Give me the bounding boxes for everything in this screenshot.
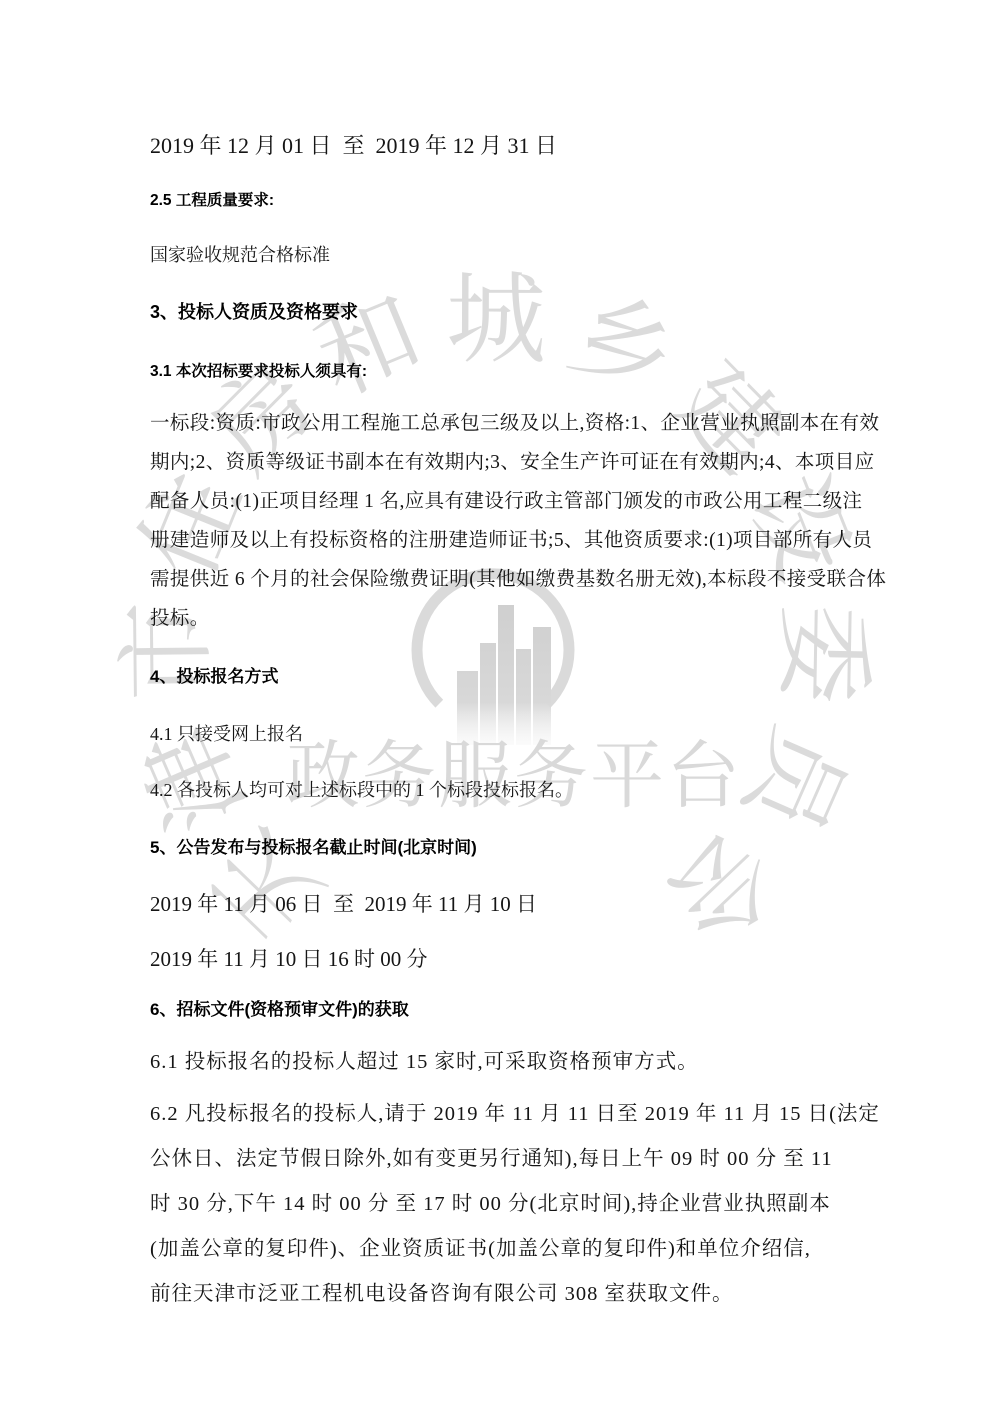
- qualification-line-1: 一标段:资质:市政公用工程施工总承包三级及以上,资格:1、企业营业执照副本在有效: [150, 412, 879, 436]
- section-6-2-line-5: 前往天津市泛亚工程机电设备咨询有限公司 308 室获取文件。: [150, 1282, 734, 1308]
- section-3-heading: 3、投标人资质及资格要求: [150, 301, 358, 324]
- date-range-december: 2019 年 12 月 01 日 至 2019 年 12 月 31 日: [150, 132, 557, 160]
- section-2-5-heading: 2.5 工程质量要求:: [150, 191, 274, 210]
- qualification-line-6: 投标。: [150, 607, 210, 631]
- section-4-2-text: 4.2 各投标人均可对上述标段中的 1 个标段投标报名。: [150, 779, 573, 802]
- document-content: 2019 年 12 月 01 日 至 2019 年 12 月 31 日 2.5 …: [0, 0, 1000, 1413]
- qualification-line-2: 期内;2、资质等级证书副本在有效期内;3、安全生产许可证在有效期内;4、本项目应: [150, 451, 875, 475]
- section-6-2-line-1: 6.2 凡投标报名的投标人,请于 2019 年 11 月 11 日至 2019 …: [150, 1102, 880, 1128]
- section-6-1-text: 6.1 投标报名的投标人超过 15 家时,可采取资格预审方式。: [150, 1050, 699, 1076]
- section-5-heading: 5、公告发布与投标报名截止时间(北京时间): [150, 837, 477, 858]
- qualification-line-5: 需提供近 6 个月的社会保险缴费证明(其他如缴费基数名册无效),本标段不接受联合…: [150, 568, 886, 592]
- qualification-line-4: 册建造师及以上有投标资格的注册建造师证书;5、其他资质要求:(1)项目部所有人员: [150, 529, 872, 553]
- quality-standard-text: 国家验收规范合格标准: [150, 244, 330, 267]
- section-6-2-line-4: (加盖公章的复印件)、企业资质证书(加盖公章的复印件)和单位介绍信,: [150, 1237, 811, 1263]
- deadline-datetime: 2019 年 11 月 10 日 16 时 00 分: [150, 946, 427, 972]
- section-4-1-text: 4.1 只接受网上报名: [150, 723, 303, 746]
- qualification-line-3: 配备人员:(1)正项目经理 1 名,应具有建设行政主管部门颁发的市政公用工程二级…: [150, 490, 862, 514]
- section-6-2-line-3: 时 30 分,下午 14 时 00 分 至 17 时 00 分(北京时间),持企…: [150, 1192, 831, 1218]
- section-6-heading: 6、招标文件(资格预审文件)的获取: [150, 999, 409, 1020]
- date-range-november: 2019 年 11 月 06 日 至 2019 年 11 月 10 日: [150, 891, 537, 917]
- document-page: 天津市住房和城乡建设委员会 政务服务平台 2019 年 12 月 01 日 至 …: [0, 0, 1000, 1413]
- section-4-heading: 4、投标报名方式: [150, 666, 278, 687]
- section-6-2-line-2: 公休日、法定节假日除外,如有变更另行通知),每日上午 09 时 00 分 至 1…: [150, 1147, 833, 1173]
- section-3-1-heading: 3.1 本次招标要求投标人须具有:: [150, 362, 367, 381]
